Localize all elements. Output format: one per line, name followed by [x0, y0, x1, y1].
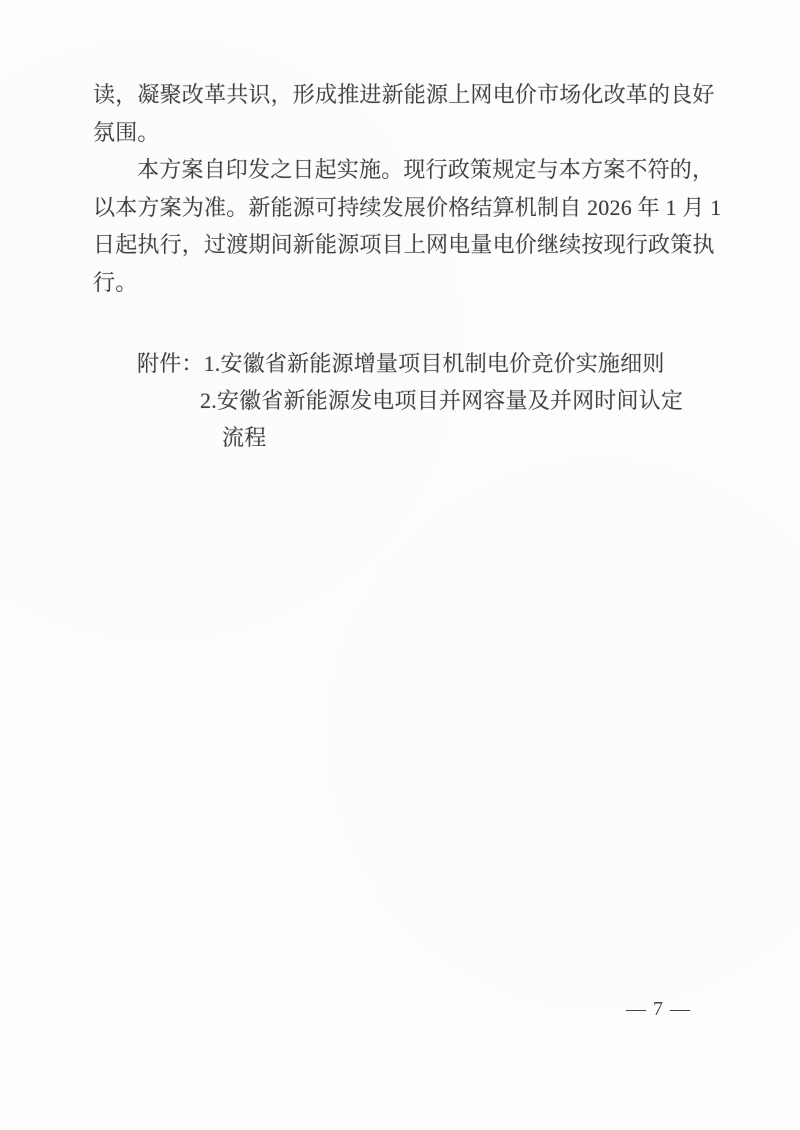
attachment-1-title: 安徽省新能源增量项目机制电价竞价实施细则 — [221, 351, 665, 376]
attachment-1-number: 1. — [204, 351, 221, 376]
page-number: — 7 — — [596, 998, 721, 1021]
attachment-item-1: 附件：1.安徽省新能源增量项目机制电价竞价实施细则 — [137, 345, 737, 382]
paragraph-2-line-1: 本方案自印发之日起实施。现行政策规定与本方案不符的， — [93, 151, 733, 189]
paragraph-2-line-3: 日起执行，过渡期间新能源项目上网电量电价继续按现行政策执 — [93, 226, 733, 264]
attachments-label: 附件： — [137, 351, 204, 376]
attachments-block: 附件：1.安徽省新能源增量项目机制电价竞价实施细则 2.安徽省新能源发电项目并网… — [137, 345, 737, 456]
document-body: 读，凝聚改革共识，形成推进新能源上网电价市场化改革的良好 氛围。 本方案自印发之… — [93, 76, 733, 301]
paragraph-2-line-2: 以本方案为准。新能源可持续发展价格结算机制自 2026 年 1 月 1 — [93, 189, 733, 227]
attachment-item-2-continuation: 流程 — [137, 419, 737, 456]
paragraph-2-line-4: 行。 — [93, 264, 733, 302]
paragraph-1-line-2: 氛围。 — [93, 114, 733, 152]
attachment-2-title: 安徽省新能源发电项目并网容量及并网时间认定 — [217, 388, 683, 413]
attachment-2-number: 2. — [200, 388, 217, 413]
document-page: 读，凝聚改革共识，形成推进新能源上网电价市场化改革的良好 氛围。 本方案自印发之… — [0, 0, 800, 1130]
attachment-item-2: 2.安徽省新能源发电项目并网容量及并网时间认定 — [137, 382, 737, 419]
paragraph-1-line-1: 读，凝聚改革共识，形成推进新能源上网电价市场化改革的良好 — [93, 76, 733, 114]
